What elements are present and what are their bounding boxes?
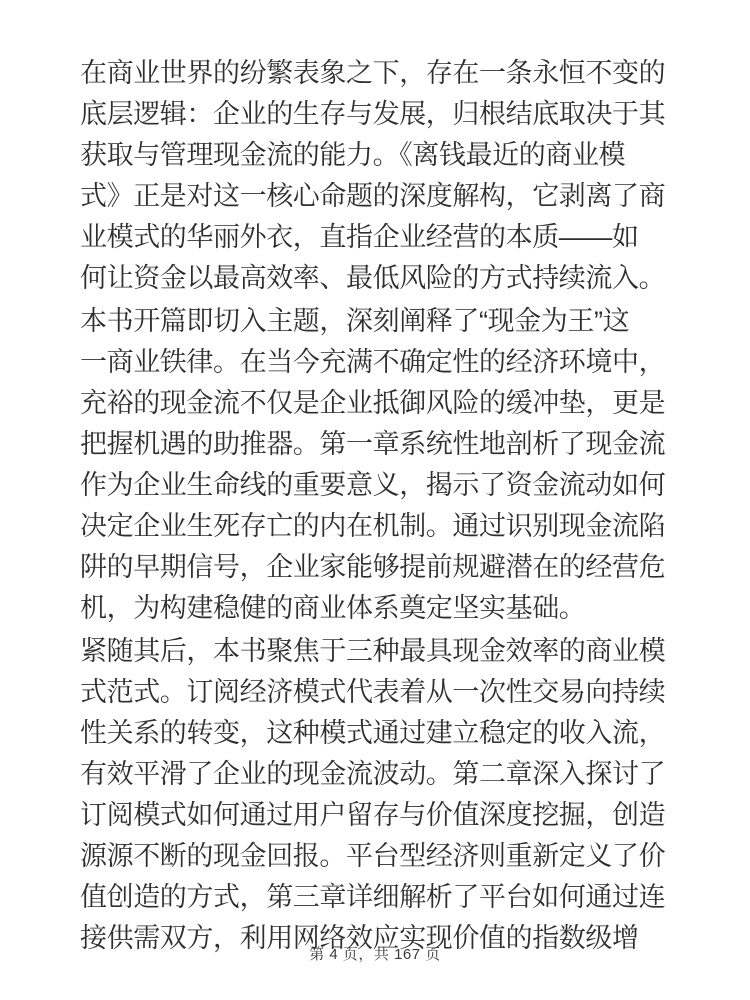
text-line: 值创造的方式，第三章详细解析了平台如何通过连 [80, 877, 676, 918]
text-line: 机，为构建稳健的商业体系奠定坚实基础。 [80, 588, 676, 629]
text-line: 源源不断的现金回报。平台型经济则重新定义了价 [80, 836, 676, 877]
page-indicator: 第 4 页，共 167 页 [309, 946, 441, 963]
text-line: 式范式。订阅经济模式代表着从一次性交易向持续 [80, 672, 676, 713]
text-line: 一商业铁律。在当今充满不确定性的经济环境中， [80, 342, 676, 383]
document-content: 在商业世界的纷繁表象之下，存在一条永恒不变的底层逻辑：企业的生存与发展，归根结底… [80, 53, 676, 961]
text-line: 本书开篇即切入主题，深刻阐释了“现金为王”这 [80, 301, 676, 342]
text-line: 底层逻辑：企业的生存与发展，归根结底取决于其 [80, 94, 676, 135]
text-line: 阱的早期信号，企业家能够提前规避潜在的经营危 [80, 547, 676, 588]
text-line: 作为企业生命线的重要意义，揭示了资金流动如何 [80, 465, 676, 506]
page-footer: 第 4 页，共 167 页 [0, 944, 750, 966]
text-line: 获取与管理现金流的能力。《离钱最近的商业模 [80, 135, 676, 176]
paragraph-2: 本书开篇即切入主题，深刻阐释了“现金为王”这一商业铁律。在当今充满不确定性的经济… [80, 301, 676, 629]
text-line: 紧随其后，本书聚焦于三种最具现金效率的商业模 [80, 631, 676, 672]
text-line: 把握机遇的助推器。第一章系统性地剖析了现金流 [80, 424, 676, 465]
text-line: 决定企业生死存亡的内在机制。通过识别现金流陷 [80, 506, 676, 547]
text-line: 式》正是对这一核心命题的深度解构，它剥离了商 [80, 176, 676, 217]
text-line: 业模式的华丽外衣，直指企业经营的本质——如 [80, 217, 676, 258]
text-line: 订阅模式如何通过用户留存与价值深度挖掘，创造 [80, 795, 676, 836]
text-line: 在商业世界的纷繁表象之下，存在一条永恒不变的 [80, 53, 676, 94]
paragraph-1: 在商业世界的纷繁表象之下，存在一条永恒不变的底层逻辑：企业的生存与发展，归根结底… [80, 53, 676, 299]
text-line: 充裕的现金流不仅是企业抵御风险的缓冲垫，更是 [80, 383, 676, 424]
text-line: 有效平滑了企业的现金流波动。第二章深入探讨了 [80, 754, 676, 795]
text-line: 何让资金以最高效率、最低风险的方式持续流入。 [80, 258, 676, 299]
text-line: 性关系的转变，这种模式通过建立稳定的收入流， [80, 713, 676, 754]
document-page[interactable]: 在商业世界的纷繁表象之下，存在一条永恒不变的底层逻辑：企业的生存与发展，归根结底… [0, 0, 750, 1000]
paragraph-3: 紧随其后，本书聚焦于三种最具现金效率的商业模式范式。订阅经济模式代表着从一次性交… [80, 631, 676, 959]
